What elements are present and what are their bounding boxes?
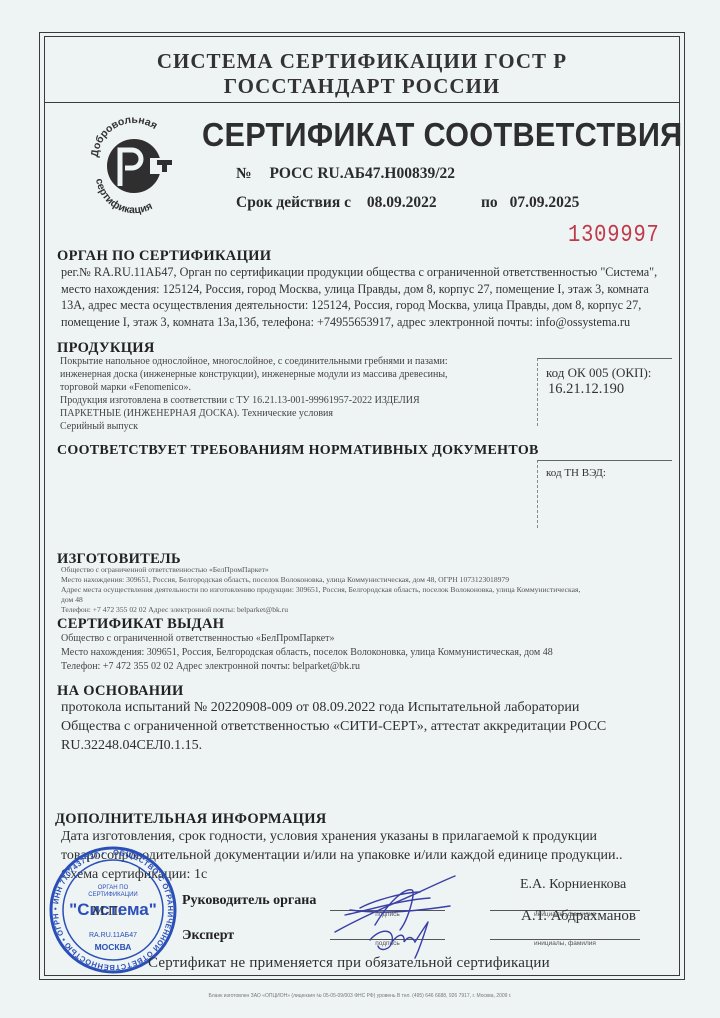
- system-title-line1: СИСТЕМА СЕРТИФИКАЦИИ ГОСТ Р: [44, 49, 680, 74]
- signature-scribbles-icon: [320, 870, 480, 960]
- blank-serial-number: 1309997: [568, 222, 660, 249]
- head-of-body-label: Руководитель органа: [182, 893, 316, 909]
- head-name: Е.А. Корниенкова: [520, 877, 626, 893]
- valid-from: 08.09.2022: [367, 194, 437, 211]
- expert-name: А.Т. Абдрахманов: [521, 908, 636, 925]
- certification-body-heading: ОРГАН ПО СЕРТИФИКАЦИИ: [57, 248, 271, 265]
- certificate-number: РОСС RU.АБ47.Н00839/22: [269, 165, 455, 182]
- issued-to-heading: СЕРТИФИКАТ ВЫДАН: [57, 616, 224, 633]
- valid-to-label: по: [481, 194, 498, 211]
- valid-to: 07.09.2025: [510, 194, 580, 211]
- number-label: №: [236, 165, 252, 182]
- expert-label: Эксперт: [182, 928, 234, 944]
- tnved-code-box: код ТН ВЭД:: [537, 460, 672, 528]
- issued-to-text: Общество с ограниченной ответственностью…: [61, 632, 681, 674]
- tnved-label: код ТН ВЭД:: [546, 467, 672, 479]
- product-text: Покрытие напольное однослойное, многосло…: [60, 355, 510, 433]
- okp-label: код ОК 005 (ОКП):: [546, 365, 672, 381]
- printer-imprint: Бланк изготовлен ЗАО «ОПЦИОН» (лицензия …: [0, 993, 720, 999]
- expert-name-caption: инициалы, фамилия: [490, 940, 640, 947]
- system-title-line2: ГОССТАНДАРТ РОССИИ: [44, 74, 680, 99]
- validity-label: Срок действия с: [236, 194, 351, 211]
- svg-text:ОРГАН ПО: ОРГАН ПО: [98, 885, 129, 891]
- okp-value: 16.21.12.190: [548, 381, 672, 398]
- certificate-title: СЕРТИФИКАТ СООТВЕТСТВИЯ: [202, 116, 683, 154]
- svg-text:МОСКВА: МОСКВА: [95, 942, 132, 952]
- manufacturer-text: Общество с ограниченной ответственностью…: [61, 565, 681, 615]
- svg-text:RA.RU.11АБ47: RA.RU.11АБ47: [89, 932, 137, 939]
- okp-code-box: код ОК 005 (ОКП): 16.21.12.190: [537, 358, 672, 426]
- basis-text: протокола испытаний № 20220908-009 от 08…: [61, 698, 681, 755]
- certificate-number-line: № РОСС RU.АБ47.Н00839/22: [236, 165, 455, 183]
- conformity-heading: СООТВЕТСТВУЕТ ТРЕБОВАНИЯМ НОРМАТИВНЫХ ДО…: [57, 443, 539, 459]
- validity-line: Срок действия с 08.09.2022 по 07.09.2025: [236, 194, 437, 212]
- certification-body-text: рег.№ RA.RU.11АБ47, Орган по сертификаци…: [61, 264, 681, 330]
- svg-text:СЕРТИФИКАЦИИ: СЕРТИФИКАЦИИ: [88, 892, 137, 898]
- rst-logo-icon: Добровольная сертификация: [84, 118, 184, 210]
- header-divider: [44, 102, 680, 103]
- additional-info-heading: ДОПОЛНИТЕЛЬНАЯ ИНФОРМАЦИЯ: [55, 811, 327, 828]
- voluntary-notice: Сертификат не применяется при обязательн…: [148, 955, 550, 972]
- seal-place-label: М.П.: [92, 904, 122, 920]
- rst-logo: Добровольная сертификация: [84, 118, 184, 210]
